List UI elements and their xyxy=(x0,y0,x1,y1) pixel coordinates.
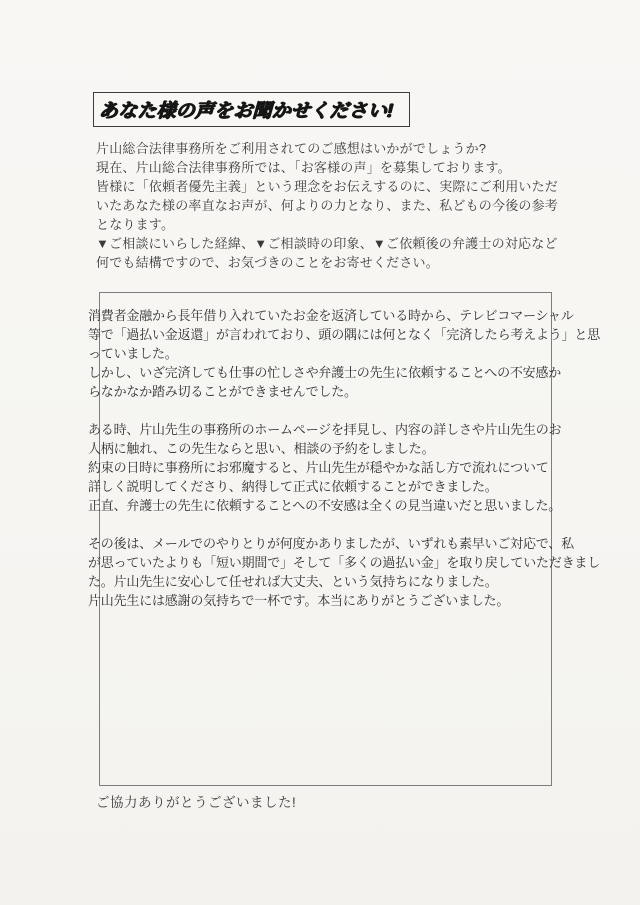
text-line: ▼ご相談にいらした経緯、▼ご相談時の印象、▼ご依頼後の弁護士の対応など xyxy=(96,234,558,253)
text-line: らなかなか踏み切ることができませんでした。 xyxy=(88,382,555,401)
text-line: いたあなた様の率直なお声が、何よりの力となり、また、私どもの今後の参考 xyxy=(96,196,558,215)
text-line: が思っていたよりも「短い期間で」そして「多くの過払い金」を取り戻していただきまし xyxy=(88,553,555,572)
text-line: 等で「過払い金返還」が言われており、頭の隅には何となく「完済したら考えよう」と思 xyxy=(88,325,555,344)
text-line: ある時、片山先生の事務所のホームページを拝見し、内容の詳しさや片山先生のお xyxy=(88,420,555,439)
text-line: 何でも結構ですので、お気づきのことをお寄せください。 xyxy=(96,253,558,272)
text-line: 正直、弁護士の先生に依頼することへの不安感は全くの見当違いだと思いました。 xyxy=(88,496,555,515)
page-title: あなた様の声をお聞かせください! xyxy=(94,96,394,123)
text-line: その後は、メールでのやりとりが何度かありましたが、いずれも素早いご対応で、私 xyxy=(88,534,555,553)
text-line: 片山先生には感謝の気持ちで一杯です。本当にありがとうございました。 xyxy=(88,591,555,610)
document-page: あなた様の声をお聞かせください! 片山総合法律事務所をご利用されてのご感想はいか… xyxy=(0,0,640,905)
text-line xyxy=(88,401,555,420)
testimonial-text: 消費者金融から長年借り入れていたお金を返済している時から、テレビコマーシャル等で… xyxy=(88,306,555,610)
closing-text: ご協力ありがとうございました! xyxy=(96,793,296,812)
text-line: 現在、片山総合法律事務所では、「お客様の声」を募集しております。 xyxy=(96,158,558,177)
text-line: 消費者金融から長年借り入れていたお金を返済している時から、テレビコマーシャル xyxy=(88,306,555,325)
intro-paragraph: 片山総合法律事務所をご利用されてのご感想はいかがでしょうか?現在、片山総合法律事… xyxy=(96,139,558,272)
text-line: 詳しく説明してくださり、納得して正式に依頼することができました。 xyxy=(88,477,555,496)
title-banner: あなた様の声をお聞かせください! xyxy=(93,92,410,127)
text-line xyxy=(88,515,555,534)
text-line: 皆様に「依頼者優先主義」という理念をお伝えするのに、実際にご利用いただ xyxy=(96,177,558,196)
text-line: しかし、いざ完済しても仕事の忙しさや弁護士の先生に依頼することへの不安感か xyxy=(88,363,555,382)
text-line: 約束の日時に事務所にお邪魔すると、片山先生が穏やかな話し方で流れについて xyxy=(88,458,555,477)
text-line: 片山総合法律事務所をご利用されてのご感想はいかがでしょうか? xyxy=(96,139,558,158)
text-line: となります。 xyxy=(96,215,558,234)
text-line: た。片山先生に安心して任せれば大丈夫、という気持ちになりました。 xyxy=(88,572,555,591)
text-line: っていました。 xyxy=(88,344,555,363)
text-line: 人柄に触れ、この先生ならと思い、相談の予約をしました。 xyxy=(88,439,555,458)
